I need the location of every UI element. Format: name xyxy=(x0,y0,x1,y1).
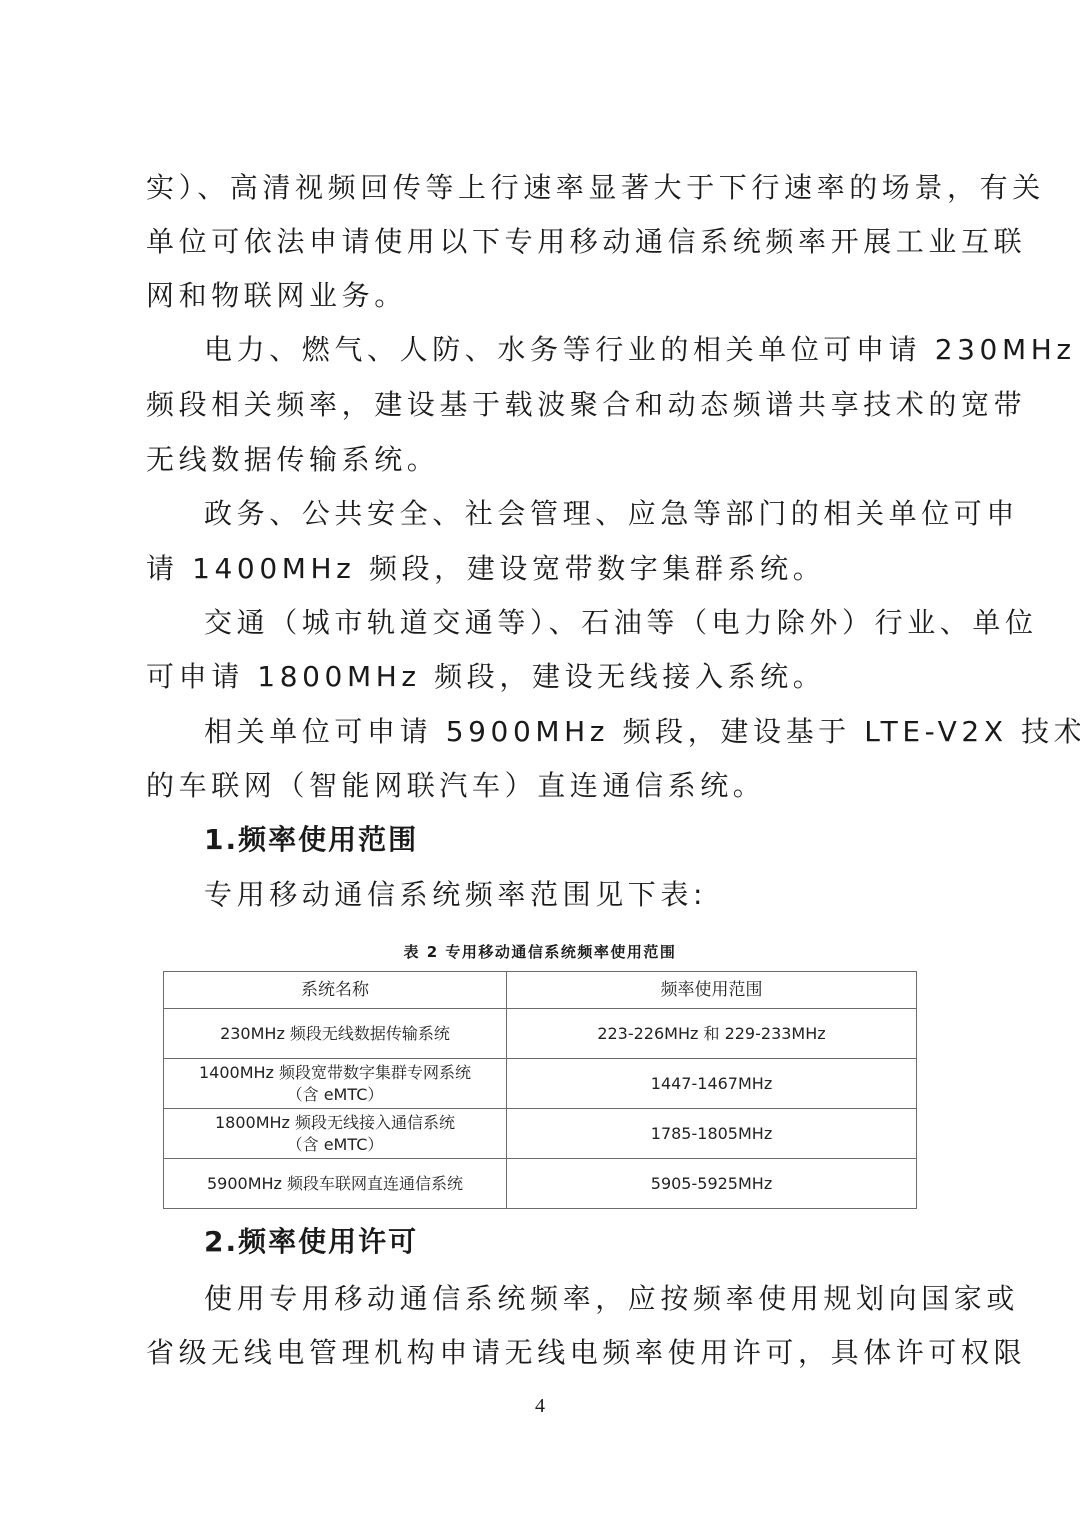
system-name-cell: 5900MHz 频段车联网直连通信系统 xyxy=(164,1159,507,1209)
paragraph-line: 省级无线电管理机构申请无线电频率使用许可，具体许可权限 xyxy=(146,1333,936,1373)
table-caption: 表 2 专用移动通信系统频率使用范围 xyxy=(163,941,917,962)
paragraph-line: 实）、高清视频回传等上行速率显著大于下行速率的场景，有关 xyxy=(146,168,936,208)
paragraph-line: 政务、公共安全、社会管理、应急等部门的相关单位可申 xyxy=(204,494,994,534)
table-row: 1800MHz 频段无线接入通信系统 （含 eMTC） 1785-1805MHz xyxy=(164,1109,917,1159)
system-name-line: 1400MHz 频段宽带数字集群专网系统 xyxy=(170,1062,500,1084)
header-system-name: 系统名称 xyxy=(164,972,507,1009)
table-row: 1400MHz 频段宽带数字集群专网系统 （含 eMTC） 1447-1467M… xyxy=(164,1059,917,1109)
frequency-range-table: 系统名称 频率使用范围 230MHz 频段无线数据传输系统 223-226MHz… xyxy=(163,971,917,1209)
paragraph-line: 无线数据传输系统。 xyxy=(146,440,936,480)
page-number: 4 xyxy=(0,1395,1080,1418)
paragraph-line: 请 1400MHz 频段，建设宽带数字集群系统。 xyxy=(146,549,936,589)
frequency-range-cell: 1785-1805MHz xyxy=(507,1109,917,1159)
section-heading-frequency-range: 1.频率使用范围 xyxy=(204,820,994,860)
frequency-range-cell: 1447-1467MHz xyxy=(507,1059,917,1109)
system-name-note: （含 eMTC） xyxy=(170,1134,500,1156)
header-frequency-range: 频率使用范围 xyxy=(507,972,917,1009)
paragraph-line: 交通（城市轨道交通等）、石油等（电力除外）行业、单位 xyxy=(204,603,994,643)
frequency-range-cell: 5905-5925MHz xyxy=(507,1159,917,1209)
system-name-cell: 230MHz 频段无线数据传输系统 xyxy=(164,1009,507,1059)
system-name-line: 5900MHz 频段车联网直连通信系统 xyxy=(170,1173,500,1195)
system-name-note: （含 eMTC） xyxy=(170,1084,500,1106)
paragraph-line: 相关单位可申请 5900MHz 频段，建设基于 LTE-V2X 技术 xyxy=(204,712,994,752)
table-row: 5900MHz 频段车联网直连通信系统 5905-5925MHz xyxy=(164,1159,917,1209)
frequency-range-cell: 223-226MHz 和 229-233MHz xyxy=(507,1009,917,1059)
system-name-line: 230MHz 频段无线数据传输系统 xyxy=(170,1023,500,1045)
system-name-line: 1800MHz 频段无线接入通信系统 xyxy=(170,1112,500,1134)
paragraph-line: 频段相关频率，建设基于载波聚合和动态频谱共享技术的宽带 xyxy=(146,385,936,425)
document-page: 实）、高清视频回传等上行速率显著大于下行速率的场景，有关 单位可依法申请使用以下… xyxy=(0,0,1080,1527)
system-name-cell: 1400MHz 频段宽带数字集群专网系统 （含 eMTC） xyxy=(164,1059,507,1109)
section-intro: 专用移动通信系统频率范围见下表: xyxy=(204,875,994,915)
table-header-row: 系统名称 频率使用范围 xyxy=(164,972,917,1009)
table-row: 230MHz 频段无线数据传输系统 223-226MHz 和 229-233MH… xyxy=(164,1009,917,1059)
paragraph-line: 可申请 1800MHz 频段，建设无线接入系统。 xyxy=(146,657,936,697)
paragraph-line: 的车联网（智能网联汽车）直连通信系统。 xyxy=(146,766,936,806)
section-heading-frequency-license: 2.频率使用许可 xyxy=(204,1222,994,1262)
system-name-cell: 1800MHz 频段无线接入通信系统 （含 eMTC） xyxy=(164,1109,507,1159)
paragraph-line: 网和物联网业务。 xyxy=(146,276,936,316)
paragraph-line: 单位可依法申请使用以下专用移动通信系统频率开展工业互联 xyxy=(146,222,936,262)
paragraph-line: 使用专用移动通信系统频率，应按频率使用规划向国家或 xyxy=(204,1279,994,1319)
paragraph-line: 电力、燃气、人防、水务等行业的相关单位可申请 230MHz xyxy=(204,330,994,370)
